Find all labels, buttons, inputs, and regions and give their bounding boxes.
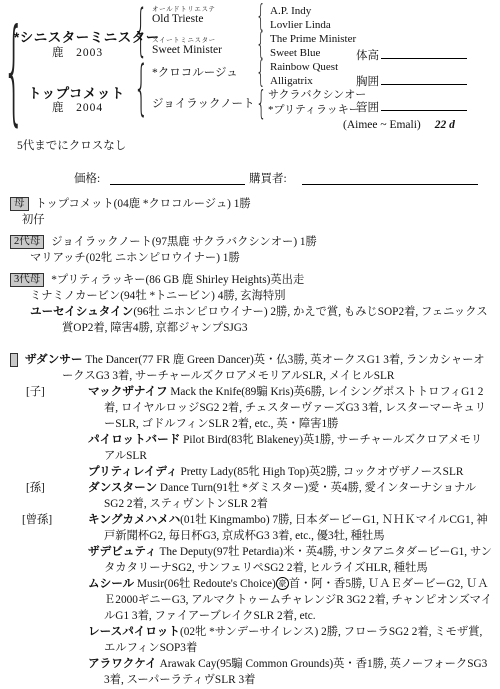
dam-year: 2004 — [76, 102, 103, 114]
sire-coat-year: 鹿 2003 — [52, 44, 103, 60]
third-dam-label: 3代母 — [10, 273, 44, 287]
cross-note: 5代までにクロスなし — [17, 137, 126, 153]
grandchildren-tag: [孫] — [26, 480, 45, 496]
sire-sire-furigana: オールドトリエステ — [152, 4, 216, 13]
granddam-text: ジョイラックノート(97黒鹿 サクラバクシンオー) 1勝 — [51, 236, 317, 248]
horse-entry: レースパイロット(02牝 *サンデーサイレンス) 2勝, フローラSG2 2着,… — [10, 624, 492, 656]
dam-coat: 鹿 — [52, 102, 65, 114]
granddam-label: 2代母 — [10, 235, 44, 249]
fourth-dam-line: 4代母ザダンサー The Dancer(77 FR 鹿 Green Dancer… — [10, 352, 492, 384]
granddam-produce: マリアッチ(02牝 ニホンピロウイナー) 1勝 — [10, 250, 492, 266]
family-code: 22 d — [435, 119, 455, 131]
family-range-row: (Aimee ~ Emali)22 d — [343, 119, 455, 131]
horse-record-text: The Deputy(97牡 Petardia)米・英4勝, サンタアニタダービ… — [104, 546, 492, 574]
horse-name-bold: ユーセイシュタイン — [30, 305, 133, 318]
country-bred-circle-icon: 豪 — [276, 577, 289, 590]
sire-name: *シニスターミニスター — [14, 26, 160, 46]
gen3-name: Lovlier Linda — [270, 18, 331, 32]
gen3-name: A.P. Indy — [270, 4, 311, 18]
sire-year: 2003 — [76, 47, 103, 59]
gen3-name: Alligatrix — [270, 74, 313, 88]
third-dam-line: 3代母*プリティラッキー(86 GB 鹿 Shirley Heights)英出走 — [10, 272, 492, 288]
dam-label: 母 — [10, 197, 29, 211]
horse-name-bold: レースパイロット — [88, 625, 180, 638]
fourth-dam-label: 4代母 — [10, 353, 18, 367]
children-tag: [子] — [26, 384, 45, 400]
buyer-blank — [302, 170, 478, 185]
horse-record-text: Dance Turn(91牡 *ダミスター)愛・英4勝, 愛インターナショナルS… — [104, 482, 476, 510]
horse-name-bold: プリティレイディ — [88, 465, 178, 478]
horse-entry: パイロットバード Pilot Bird(83牝 Blakeney)英1勝, サー… — [10, 432, 492, 464]
horse-record-text: Arawak Cay(95騸 Common Grounds)英・香1勝, 英ノー… — [104, 658, 487, 686]
gen3-name: Sweet Blue — [270, 46, 320, 60]
third-dam-produce-1: ミナミノカービン(94牡 *トニービン) 4勝, 玄海特別 — [10, 288, 492, 304]
horse-record-text: Pretty Lady(85牝 High Top)英2勝, コックオヴザノースS… — [178, 466, 464, 478]
third-dam-produce-2: ユーセイシュタイン(96牡 ニホンピロウイナー) 2勝, かえで賞, もみじSO… — [10, 304, 492, 336]
horse-record-text: The Dancer(77 FR 鹿 Green Dancer)英・仏3勝, 英… — [62, 354, 485, 382]
price-label: 価格: — [74, 170, 100, 186]
horse-name-bold: キングカメハメハ — [88, 513, 180, 526]
horse-entry: ムシール Musir(06牡 Redoute's Choice)豪首・阿・香5勝… — [10, 576, 492, 624]
cannon-row: 管囲 — [356, 98, 467, 115]
first-foal-note: 初仔 — [10, 212, 492, 228]
horse-entry: ダンスターン Dance Turn(91牡 *ダミスター)愛・英4勝, 愛インタ… — [10, 480, 492, 512]
gen3-name: *プリティラッキー — [268, 103, 360, 117]
sire-sire-name: Old Trieste — [152, 13, 203, 25]
third-dam-section: 3代母*プリティラッキー(86 GB 鹿 Shirley Heights)英出走… — [10, 272, 492, 336]
horse-name-bold: ザダンサー — [25, 353, 83, 366]
height-row: 体高 — [356, 46, 467, 63]
dam-dam-name: ジョイラックノート — [152, 95, 254, 111]
dam-record-text: トップコメット(04鹿 *クロコルージュ) 1勝 — [36, 198, 251, 210]
catalog-page: *シニスターミニスター 鹿 2003 トップコメット 鹿 2004 オールドトリ… — [0, 0, 500, 689]
dam-coat-year: 鹿 2004 — [52, 99, 103, 115]
grandchildren-group: [孫] ダンスターン Dance Turn(91牡 *ダミスター)愛・英4勝, … — [10, 480, 492, 512]
gen3-name: Rainbow Quest — [270, 60, 338, 74]
cannon-blank — [381, 98, 467, 111]
sire-dam-name: Sweet Minister — [152, 44, 222, 56]
horse-name-bold: マックザナイフ — [88, 385, 168, 398]
horse-name-bold: アラワクケイ — [88, 657, 157, 670]
horse-entry: アラワクケイ Arawak Cay(95騸 Common Grounds)英・香… — [10, 656, 492, 688]
granddam-line: 2代母ジョイラックノート(97黒鹿 サクラバクシンオー) 1勝 — [10, 234, 492, 250]
cannon-label: 管囲 — [356, 102, 379, 114]
chest-label: 胸囲 — [356, 76, 379, 88]
buyer-label: 購買者: — [249, 170, 287, 186]
sire-dam-furigana: スイートミニスター — [152, 35, 216, 44]
horse-entry: プリティレイディ Pretty Lady(85牝 High Top)英2勝, コ… — [10, 464, 492, 480]
sire-coat: 鹿 — [52, 47, 65, 59]
horse-name-bold: ムシール — [88, 577, 134, 590]
third-dam-text: *プリティラッキー(86 GB 鹿 Shirley Heights)英出走 — [51, 274, 304, 286]
dam-record-line: 母トップコメット(04鹿 *クロコルージュ) 1勝 — [10, 196, 492, 212]
horse-name-bold: パイロットバード — [88, 433, 180, 446]
horse-name-bold: ダンスターン — [88, 481, 157, 494]
family-range: (Aimee ~ Emali) — [343, 119, 421, 131]
great-grandchildren-tag: [曾孫] — [22, 512, 52, 528]
horse-entry: キングカメハメハ(01牡 Kingmambo) 7勝, 日本ダービーG1, ＮＨ… — [10, 512, 492, 544]
chest-blank — [381, 72, 467, 85]
horse-entry: マックザナイフ Mack the Knife(89騸 Kris)英6勝, レイシ… — [10, 384, 492, 432]
horse-record-text: Musir(06牡 Redoute's Choice) — [134, 578, 276, 590]
height-label: 体高 — [356, 50, 379, 62]
children-group: [子] マックザナイフ Mack the Knife(89騸 Kris)英6勝,… — [10, 384, 492, 480]
brace-dam-icon — [134, 58, 149, 118]
horse-entry: ザデビュティ The Deputy(97牡 Petardia)米・英4勝, サン… — [10, 544, 492, 576]
horse-name-bold: ザデビュティ — [88, 545, 157, 558]
granddam-section: 2代母ジョイラックノート(97黒鹿 サクラバクシンオー) 1勝 マリアッチ(02… — [10, 234, 492, 266]
gen3-name: サクラバクシンオー — [268, 88, 366, 102]
produce-record: 母トップコメット(04鹿 *クロコルージュ) 1勝 初仔 2代母ジョイラックノー… — [10, 196, 492, 688]
chest-row: 胸囲 — [356, 72, 467, 89]
dam-sire-name: *クロコルージュ — [152, 64, 238, 80]
price-blank — [110, 170, 245, 185]
great-grandchildren-group: [曾孫] キングカメハメハ(01牡 Kingmambo) 7勝, 日本ダービーG… — [10, 512, 492, 688]
brace-gen3-4-icon — [256, 86, 267, 119]
fourth-dam-section: 4代母ザダンサー The Dancer(77 FR 鹿 Green Dancer… — [10, 352, 492, 688]
gen3-name: The Prime Minister — [270, 32, 356, 46]
height-blank — [381, 46, 467, 59]
